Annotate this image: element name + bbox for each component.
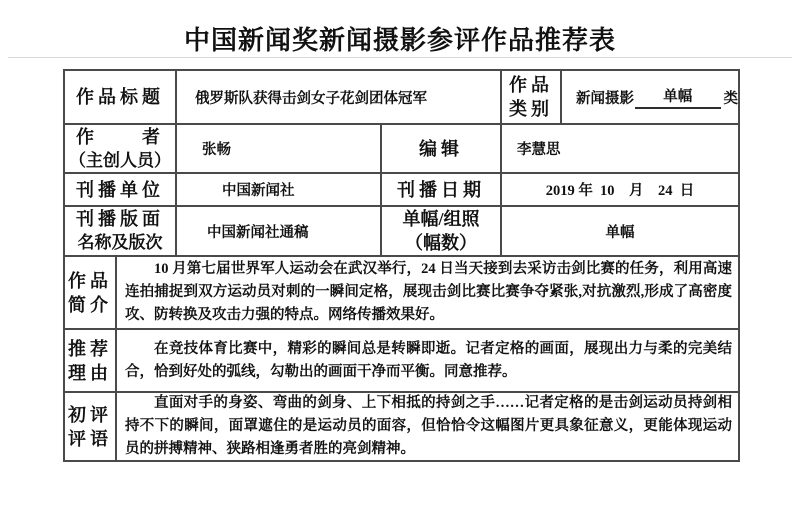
edition-value-text: 中国新闻社通稿 bbox=[207, 221, 309, 242]
work-title-label-text: 作品标题 bbox=[76, 85, 164, 109]
category-suffix: 类 bbox=[724, 87, 739, 108]
recommendation-label-line2: 理由 bbox=[68, 361, 112, 385]
recommendation-form-page: 中国新闻奖新闻摄影参评作品推荐表 作品标题 俄罗斯队获得击剑女子花剑团体冠军 作… bbox=[0, 0, 800, 512]
category-label-line1: 作品 bbox=[509, 73, 553, 97]
horizontal-divider bbox=[8, 57, 792, 58]
row-author: 作 者 （主创人员） 张畅 编辑 李慧思 bbox=[65, 125, 738, 174]
recommendation-form-table: 作品标题 俄罗斯队获得击剑女子花剑团体冠军 作品 类别 新闻摄影 单幅 类 作 … bbox=[63, 69, 740, 462]
author-label: 作 者 （主创人员） bbox=[65, 125, 177, 172]
recommendation-label-line1: 推荐 bbox=[68, 337, 112, 361]
recommendation-label: 推荐 理由 bbox=[65, 330, 117, 391]
row-initial-review: 初评 评语 直面对手的身姿、弯曲的剑身、上下相抵的持剑之手……记者定格的是击剑运… bbox=[65, 393, 738, 460]
publisher-value-text: 中国新闻社 bbox=[222, 179, 295, 200]
author-value-text: 张畅 bbox=[202, 138, 231, 159]
author-value: 张畅 bbox=[177, 125, 382, 172]
row-edition: 刊播版面 名称及版次 中国新闻社通稿 单幅/组照 （幅数） 单幅 bbox=[65, 207, 738, 257]
category-prefix: 新闻摄影 bbox=[576, 87, 634, 108]
editor-value-text: 李慧思 bbox=[517, 138, 561, 159]
edition-label: 刊播版面 名称及版次 bbox=[65, 207, 177, 255]
summary-label-line1: 作品 bbox=[68, 269, 112, 293]
format-value-text: 单幅 bbox=[606, 221, 635, 242]
category-label: 作品 类别 bbox=[502, 71, 562, 123]
edition-value: 中国新闻社通稿 bbox=[177, 207, 382, 255]
format-label-line1: 单幅/组照 bbox=[402, 207, 479, 231]
publisher-label-text: 刊播单位 bbox=[76, 178, 164, 202]
format-value: 单幅 bbox=[502, 207, 738, 255]
format-label-line2: （幅数） bbox=[405, 231, 477, 255]
initial-review-label-line1: 初评 bbox=[68, 403, 112, 427]
summary-label-line2: 简介 bbox=[68, 293, 112, 317]
initial-review-value: 直面对手的身姿、弯曲的剑身、上下相抵的持剑之手……记者定格的是击剑运动员持剑相持… bbox=[117, 393, 738, 460]
edition-label-line2: 名称及版次 bbox=[78, 231, 163, 255]
initial-review-label-line2: 评语 bbox=[68, 427, 112, 451]
category-fill-blank: 单幅 bbox=[635, 85, 721, 109]
publish-date-value-text: 2019 年 10 月 24 日 bbox=[546, 179, 695, 200]
summary-text: 10 月第七届世界军人运动会在武汉举行，24 日当天接到去采访击剑比赛的任务，利… bbox=[125, 258, 732, 327]
initial-review-text: 直面对手的身姿、弯曲的剑身、上下相抵的持剑之手……记者定格的是击剑运动员持剑相持… bbox=[125, 393, 732, 460]
row-recommendation: 推荐 理由 在竞技体育比赛中，精彩的瞬间总是转瞬即逝。记者定格的画面，展现出力与… bbox=[65, 330, 738, 393]
category-value: 新闻摄影 单幅 类 bbox=[562, 71, 738, 123]
category-label-line2: 类别 bbox=[509, 97, 553, 121]
publish-date-label: 刊播日期 bbox=[382, 174, 502, 205]
row-summary: 作品 简介 10 月第七届世界军人运动会在武汉举行，24 日当天接到去采访击剑比… bbox=[65, 257, 738, 330]
publisher-label: 刊播单位 bbox=[65, 174, 177, 205]
summary-value: 10 月第七届世界军人运动会在武汉举行，24 日当天接到去采访击剑比赛的任务，利… bbox=[117, 257, 738, 328]
recommendation-value: 在竞技体育比赛中，精彩的瞬间总是转瞬即逝。记者定格的画面，展现出力与柔的完美结合… bbox=[117, 330, 738, 391]
edition-label-line1: 刊播版面 bbox=[76, 207, 164, 231]
author-label-line2: （主创人员） bbox=[69, 149, 171, 173]
editor-value: 李慧思 bbox=[502, 125, 738, 172]
summary-label: 作品 简介 bbox=[65, 257, 117, 328]
page-title: 中国新闻奖新闻摄影参评作品推荐表 bbox=[0, 20, 800, 57]
initial-review-label: 初评 评语 bbox=[65, 393, 117, 460]
work-title-label: 作品标题 bbox=[65, 71, 177, 123]
row-work-title: 作品标题 俄罗斯队获得击剑女子花剑团体冠军 作品 类别 新闻摄影 单幅 类 bbox=[65, 71, 738, 125]
publish-date-label-text: 刊播日期 bbox=[397, 178, 485, 202]
author-label-line1: 作 者 bbox=[76, 125, 164, 149]
work-title-value-text: 俄罗斯队获得击剑女子花剑团体冠军 bbox=[195, 87, 427, 108]
row-publisher: 刊播单位 中国新闻社 刊播日期 2019 年 10 月 24 日 bbox=[65, 174, 738, 207]
editor-label: 编辑 bbox=[382, 125, 502, 172]
publish-date-value: 2019 年 10 月 24 日 bbox=[502, 174, 738, 205]
format-label: 单幅/组照 （幅数） bbox=[382, 207, 502, 255]
recommendation-text: 在竞技体育比赛中，精彩的瞬间总是转瞬即逝。记者定格的画面，展现出力与柔的完美结合… bbox=[125, 338, 732, 384]
work-title-value: 俄罗斯队获得击剑女子花剑团体冠军 bbox=[177, 71, 502, 123]
publisher-value: 中国新闻社 bbox=[177, 174, 382, 205]
editor-label-text: 编辑 bbox=[419, 137, 463, 161]
